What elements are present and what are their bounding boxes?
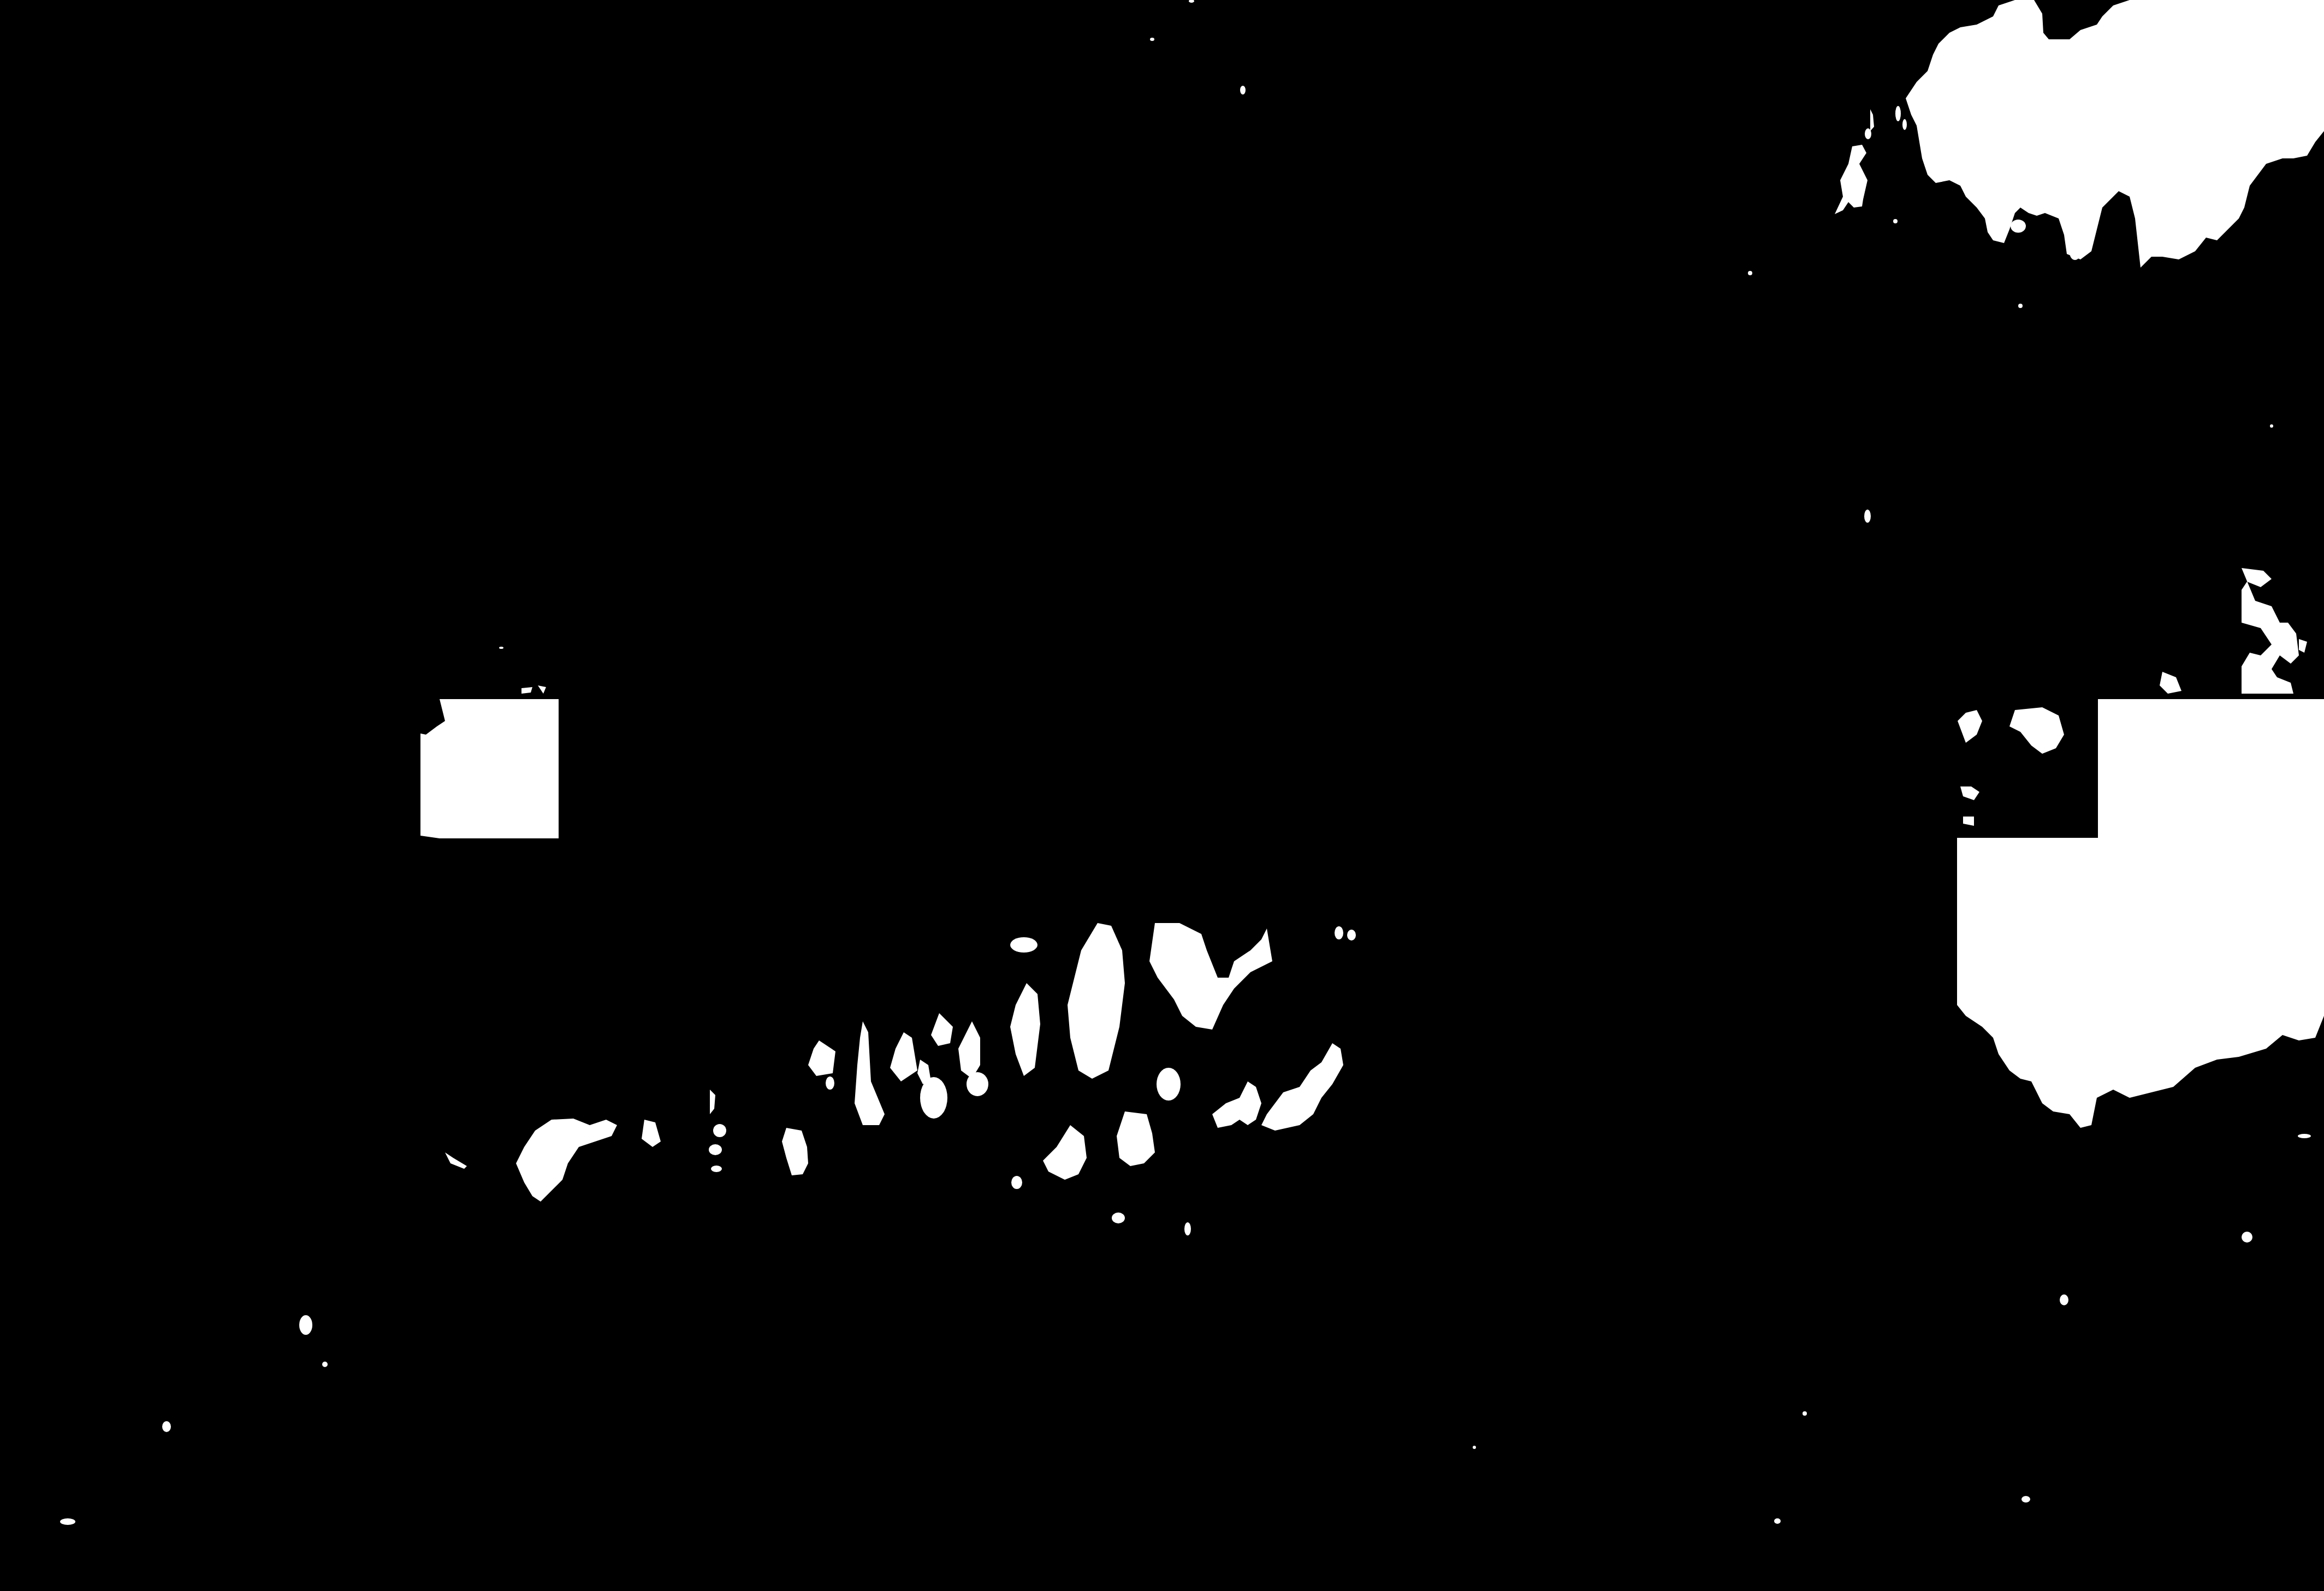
binary-mask-canvas <box>0 0 2324 1591</box>
